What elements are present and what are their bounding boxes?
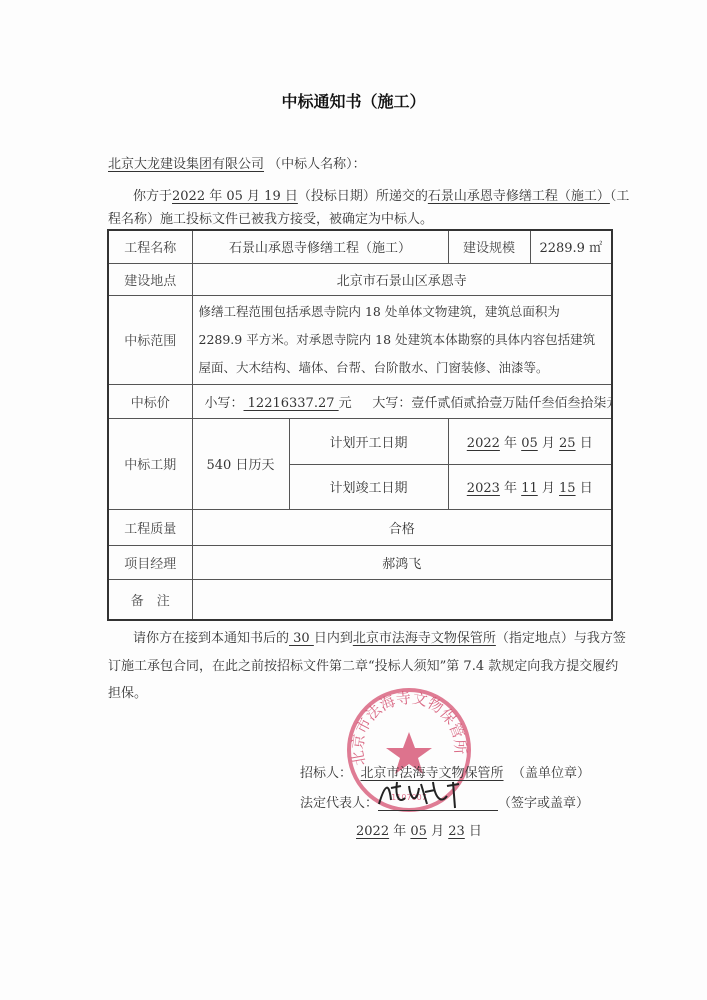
price-small-value: 12216337.27 xyxy=(244,396,339,411)
remark-label: 备 注 xyxy=(108,579,192,620)
document-title: 中标通知书（施工） xyxy=(0,89,707,112)
closing-place: 北京市法海寺文物保管所 xyxy=(353,631,496,646)
scope-value: 修缮工程范围包括承恩寺院内 18 处单体文物建筑，建筑总面积为 2289.9 平… xyxy=(192,295,612,384)
recipient-line: 北京大龙建设集团有限公司 （中标人名称）： xyxy=(108,153,366,172)
sign-day-unit: 日 xyxy=(469,824,482,839)
year-unit: 年 xyxy=(504,481,517,496)
handwritten-signature-icon xyxy=(375,778,465,810)
row-scope: 中标范围 修缮工程范围包括承恩寺院内 18 处单体文物建筑，建筑总面积为 228… xyxy=(108,295,612,384)
end-year: 2023 xyxy=(467,481,500,496)
start-year: 2022 xyxy=(467,436,500,451)
start-date-value: 2022 年 05 月 25 日 xyxy=(448,418,612,464)
start-month: 05 xyxy=(521,436,538,451)
scale-label: 建设规模 xyxy=(448,230,530,263)
closing-prefix: 请你方在接到本通知书后的 xyxy=(133,631,289,646)
sign-month-unit: 月 xyxy=(431,824,444,839)
recipient-label: （中标人名称）： xyxy=(268,157,366,172)
row-manager: 项目经理 郝鸿飞 xyxy=(108,545,612,579)
remark-value xyxy=(192,579,612,620)
project-name-label: 工程名称 xyxy=(108,230,192,263)
price-big-value: 壹仟贰佰贰拾壹万陆仟叁佰叁拾柒元贰 xyxy=(411,396,612,411)
tenderer-note: （盖单位章） xyxy=(512,766,590,781)
end-date-label: 计划竣工日期 xyxy=(289,464,448,509)
rep-label: 法定代表人： xyxy=(300,796,378,811)
closing-mid: 日内到 xyxy=(314,631,353,646)
price-small-label: 小写： xyxy=(205,396,244,411)
row-quality: 工程质量 合格 xyxy=(108,509,612,545)
price-small-unit: 元 xyxy=(339,396,352,411)
location-value: 北京市石景山区承恩寺 xyxy=(192,263,612,295)
sign-year: 2022 xyxy=(356,824,389,839)
period-label: 中标工期 xyxy=(108,418,192,509)
period-value: 540 日历天 xyxy=(192,418,289,509)
row-location: 建设地点 北京市石景山区承恩寺 xyxy=(108,263,612,295)
intro-suffix: （工 xyxy=(610,189,630,204)
intro-prefix: 你方于 xyxy=(133,189,172,204)
tenderer-label: 招标人： xyxy=(300,766,352,781)
closing-line-1: 请你方在接到本通知书后的 30 日内到北京市法海寺文物保管所（指定地点）与我方签 xyxy=(133,627,626,646)
manager-value: 郝鸿飞 xyxy=(192,545,612,579)
row-project-name: 工程名称 石景山承恩寺修缮工程（施工） 建设规模 2289.9 ㎡ xyxy=(108,230,612,263)
month-unit: 月 xyxy=(542,481,555,496)
price-big-label: 大写： xyxy=(372,396,411,411)
bid-date-label: （投标日期）所递交的 xyxy=(298,189,428,204)
month-unit: 月 xyxy=(542,436,555,451)
closing-line-3: 担保。 xyxy=(108,682,147,701)
sign-day: 23 xyxy=(448,824,465,839)
intro-project-name: 石景山承恩寺修缮工程（施工） xyxy=(428,189,610,204)
day-unit: 日 xyxy=(580,481,593,496)
sign-date: 2022 年 05 月 23 日 xyxy=(356,820,482,839)
scale-value: 2289.9 ㎡ xyxy=(530,230,612,263)
row-price: 中标价 小写： 12216337.27 元 大写：壹仟贰佰贰拾壹万陆仟叁佰叁拾柒… xyxy=(108,384,612,418)
end-month: 11 xyxy=(521,481,538,496)
price-value: 小写： 12216337.27 元 大写：壹仟贰佰贰拾壹万陆仟叁佰叁拾柒元贰 xyxy=(192,384,612,418)
intro-line-2: 程名称）施工投标文件已被我方接受，被确定为中标人。 xyxy=(108,208,433,227)
sign-year-unit: 年 xyxy=(393,824,406,839)
location-label: 建设地点 xyxy=(108,263,192,295)
price-label: 中标价 xyxy=(108,384,192,418)
closing-suffix: （指定地点）与我方签 xyxy=(496,631,626,646)
end-day: 15 xyxy=(559,481,576,496)
day-unit: 日 xyxy=(580,436,593,451)
start-date-label: 计划开工日期 xyxy=(289,418,448,464)
closing-days: 30 xyxy=(289,631,314,646)
closing-line-2: 订施工承包合同，在此之前按招标文件第二章“投标人须知”第 7.4 款规定向我方提… xyxy=(108,655,618,674)
start-day: 25 xyxy=(559,436,576,451)
intro-line-1: 你方于2022 年 05 月 19 日（投标日期）所递交的石景山承恩寺修缮工程（… xyxy=(133,185,629,204)
sign-month: 05 xyxy=(410,824,427,839)
quality-label: 工程质量 xyxy=(108,509,192,545)
rep-note: （签字或盖章） xyxy=(498,796,589,811)
scope-label: 中标范围 xyxy=(108,295,192,384)
recipient-name: 北京大龙建设集团有限公司 xyxy=(108,157,264,172)
award-table: 工程名称 石景山承恩寺修缮工程（施工） 建设规模 2289.9 ㎡ 建设地点 北… xyxy=(107,229,613,621)
row-remark: 备 注 xyxy=(108,579,612,620)
end-date-value: 2023 年 11 月 15 日 xyxy=(448,464,612,509)
bid-date: 2022 年 05 月 19 日 xyxy=(172,189,298,204)
project-name-value: 石景山承恩寺修缮工程（施工） xyxy=(192,230,448,263)
manager-label: 项目经理 xyxy=(108,545,192,579)
row-period-start: 中标工期 540 日历天 计划开工日期 2022 年 05 月 25 日 xyxy=(108,418,612,464)
quality-value: 合格 xyxy=(192,509,612,545)
year-unit: 年 xyxy=(504,436,517,451)
